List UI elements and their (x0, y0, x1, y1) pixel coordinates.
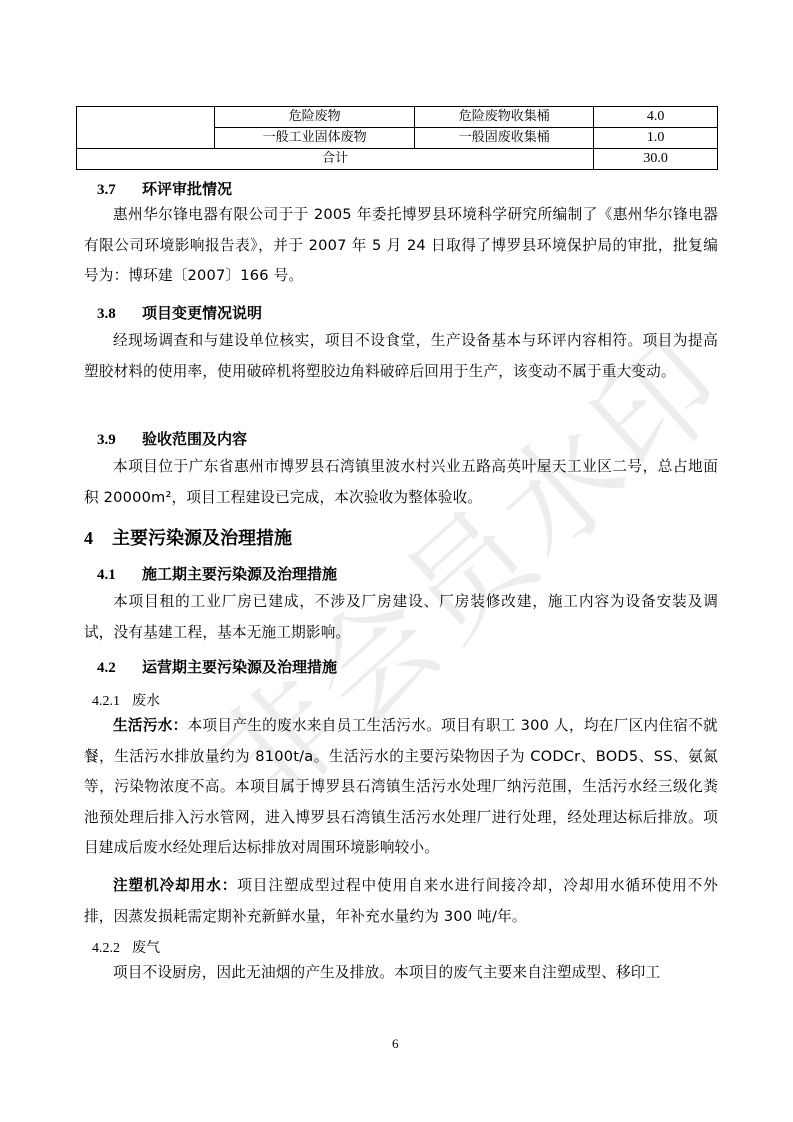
subsection-number: 4.2.2 (92, 941, 132, 957)
paragraph-3-8: 经现场调查和与建设单位核实，项目不设食堂，生产设备基本与环评内容相符。项目为提高… (84, 326, 718, 387)
table-cell-empty (77, 107, 215, 149)
section-number: 3.8 (97, 306, 142, 323)
section-heading-3-7: 3.7环评审批情况 (97, 178, 232, 199)
table-total-row: 合计 30.0 (77, 149, 718, 170)
subsection-title: 废气 (132, 940, 160, 956)
paragraph-3-9: 本项目位于广东省惠州市博罗县石湾镇里波水村兴业五路高英叶屋天工业区二号，总占地面… (84, 452, 718, 513)
section-number: 4.1 (97, 567, 142, 584)
section-number: 4.2 (97, 660, 142, 677)
section-heading-3-9: 3.9验收范围及内容 (97, 428, 247, 449)
table-row: 危险废物 危险废物收集桶 4.0 (77, 107, 718, 128)
subsection-heading-4-2-1: 4.2.1废水 (92, 690, 160, 710)
paragraph-4-2-2: 项目不设厨房，因此无油烟的产生及排放。本项目的废气主要来自注塑成型、移印工 (84, 958, 718, 989)
section-title: 施工期主要污染源及治理措施 (142, 565, 337, 583)
table-cell: 危险废物收集桶 (415, 107, 594, 128)
subsection-number: 4.2.1 (92, 694, 132, 710)
table-cell: 危险废物 (214, 107, 415, 128)
section-number: 3.9 (97, 432, 142, 449)
page-number: 6 (392, 1036, 399, 1052)
paragraph-label: 生活污水： (113, 717, 188, 734)
section-heading-3-8: 3.8项目变更情况说明 (97, 302, 262, 323)
subsection-title: 废水 (132, 693, 160, 709)
total-value: 30.0 (594, 149, 718, 170)
paragraph-domestic-wastewater: 生活污水：本项目产生的废水来自员工生活污水。项目有职工 300 人，均在厂区内住… (84, 711, 718, 864)
section-title: 环评审批情况 (142, 180, 232, 198)
chapter-number: 4 (84, 528, 112, 549)
section-heading-4-1: 4.1施工期主要污染源及治理措施 (97, 563, 337, 584)
paragraph-3-7: 惠州华尔锋电器有限公司于于 2005 年委托博罗县环境科学研究所编制了《惠州华尔… (84, 200, 718, 292)
subsection-heading-4-2-2: 4.2.2废气 (92, 937, 160, 957)
paragraph-label: 注塑机冷却用水： (113, 877, 237, 894)
document-page: 危险废物 危险废物收集桶 4.0 一般工业固体废物 一般固废收集桶 1.0 合计… (0, 0, 793, 1122)
total-label: 合计 (77, 149, 594, 170)
section-heading-4-2: 4.2运营期主要污染源及治理措施 (97, 656, 337, 677)
table-cell: 4.0 (594, 107, 718, 128)
paragraph-text: 本项目产生的废水来自员工生活污水。项目有职工 300 人，均在厂区内住宿不就餐，… (84, 717, 718, 856)
section-title: 运营期主要污染源及治理措施 (142, 658, 337, 676)
paragraph-4-1: 本项目租的工业厂房已建成，不涉及厂房建设、厂房装修改建，施工内容为设备安装及调试… (84, 587, 718, 648)
waste-table: 危险废物 危险废物收集桶 4.0 一般工业固体废物 一般固废收集桶 1.0 合计… (76, 106, 718, 170)
paragraph-cooling-water: 注塑机冷却用水：项目注塑成型过程中使用自来水进行间接冷却，冷却用水循环使用不外排… (84, 871, 718, 932)
section-title: 验收范围及内容 (142, 430, 247, 448)
section-title: 项目变更情况说明 (142, 304, 262, 322)
chapter-title: 主要污染源及治理措施 (112, 528, 292, 549)
chapter-heading-4: 4主要污染源及治理措施 (84, 524, 292, 550)
table-cell: 一般固废收集桶 (415, 128, 594, 149)
table-cell: 1.0 (594, 128, 718, 149)
table-cell: 一般工业固体废物 (214, 128, 415, 149)
section-number: 3.7 (97, 182, 142, 199)
